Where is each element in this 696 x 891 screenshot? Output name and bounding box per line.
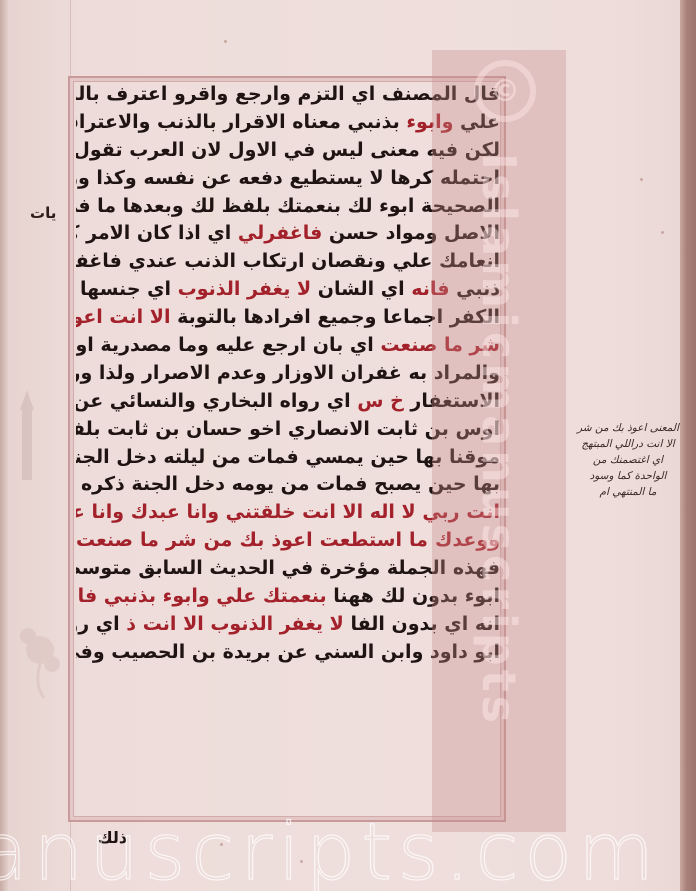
paper-speck — [300, 860, 303, 863]
rubric-segment: لا يغفر الذنوب الا انت — [143, 613, 344, 635]
text-segment: اي رواه البخاري والنسائي عن شداد بن — [76, 390, 357, 412]
page-fold-left — [0, 0, 8, 891]
watermark-vertical-text: Islamicmanuscripts — [472, 153, 526, 727]
text-segment: اي الشان — [311, 278, 411, 300]
text-segment: اي بان ارجع عليه وما مصدرية او موصولة — [76, 334, 380, 356]
paper-speck — [661, 231, 664, 234]
paper-speck — [220, 843, 223, 846]
paper-speck — [224, 40, 227, 43]
margin-gloss-line: اي اغتصمنك من — [572, 452, 684, 468]
floral-ornament-icon — [10, 600, 70, 700]
right-margin-gloss: المعنى اعوذ بك من شرالا انت دراللي المبت… — [572, 420, 684, 500]
rubric-segment: ذ — [126, 613, 136, 635]
rubric-segment: لا يغفر الذنوب — [178, 278, 312, 300]
watermark-bottom-text: anuscripts.com — [0, 808, 660, 891]
paper-speck — [640, 178, 643, 181]
text-segment: اي رواه — [76, 613, 126, 635]
text-segment: بذنبي معناه الاقرار بالذنب والاعتراف به … — [76, 111, 406, 133]
copyright-icon: © — [474, 60, 536, 122]
rubric-segment: فاغفرلي — [238, 222, 322, 244]
rubric-segment: خ س — [357, 390, 404, 412]
margin-gloss-line: الا انت دراللي المبتهج — [572, 436, 684, 452]
margin-gloss-line: ما المنتهي ام — [572, 484, 684, 500]
margin-gloss-line: المعنى اعوذ بك من شر — [572, 420, 684, 436]
rubric-segment: الا انت اعوذ بك من — [76, 306, 170, 328]
text-segment: اي جنسها الاستثنا — [76, 278, 178, 300]
text-segment: اي اذا كان الامر كذلك من دوام — [76, 222, 238, 244]
left-margin-note: يات — [30, 204, 56, 222]
text-segment — [136, 613, 143, 635]
margin-gloss-line: الواحدة كما وسود — [572, 468, 684, 484]
rubric-segment: بنعمتك علي وابوء بذنبي فاغفرلي — [76, 585, 327, 607]
